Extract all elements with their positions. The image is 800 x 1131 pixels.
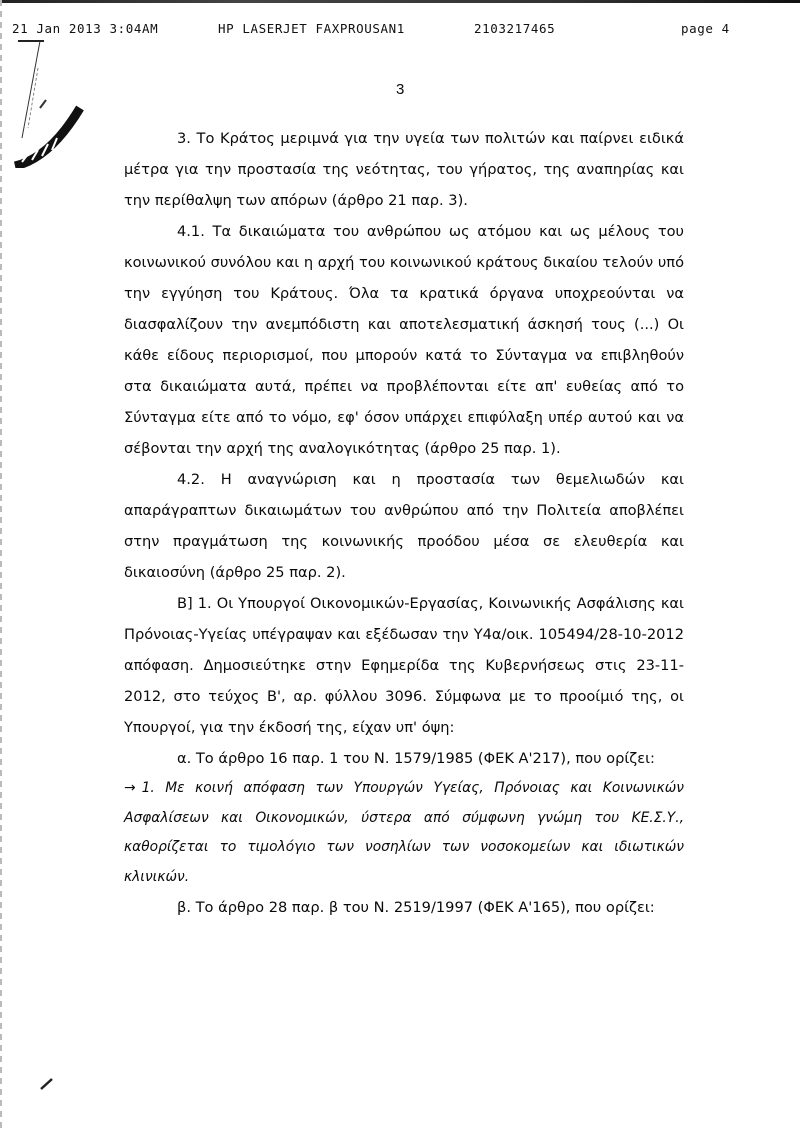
quote-text: 1. Με κοινή απόφαση των Υπουργών Υγείας,… — [124, 780, 684, 885]
paragraph-quote: →1. Με κοινή απόφαση των Υπουργών Υγείας… — [124, 774, 684, 892]
paragraph-article-21: 3. Το Κράτος μεριμνά για την υγεία των π… — [124, 123, 684, 216]
fax-page-label: page 4 — [681, 21, 730, 36]
paragraph-4-2: 4.2. Η αναγνώριση και η προστασία των θε… — [124, 464, 684, 588]
page-number: 3 — [396, 81, 404, 98]
paragraph-b1: Β] 1. Οι Υπουργοί Οικονομικών-Εργασίας, … — [124, 588, 684, 743]
fax-header: 21 Jan 2013 3:04AM HP LASERJET FAXPROUSA… — [12, 21, 742, 37]
document-body: 3. Το Κράτος μεριμνά για την υγεία των π… — [124, 123, 684, 923]
paragraph-beta: β. Το άρθρο 28 παρ. β του Ν. 2519/1997 (… — [124, 892, 684, 923]
fax-number: 2103217465 — [474, 21, 555, 36]
scan-left-edge — [0, 0, 2, 1131]
scan-artifact-mark — [38, 1075, 58, 1091]
paragraph-4-1: 4.1. Τα δικαιώματα του ανθρώπου ως ατόμο… — [124, 216, 684, 464]
scan-top-edge — [0, 0, 800, 3]
arrow-right-icon: → — [124, 780, 136, 796]
fax-datetime: 21 Jan 2013 3:04AM — [12, 21, 158, 36]
stamp-mark-icon — [10, 38, 90, 168]
fax-device: HP LASERJET FAXPROUSAN1 — [218, 21, 405, 36]
paragraph-alpha: α. Το άρθρο 16 παρ. 1 του Ν. 1579/1985 (… — [124, 743, 684, 774]
